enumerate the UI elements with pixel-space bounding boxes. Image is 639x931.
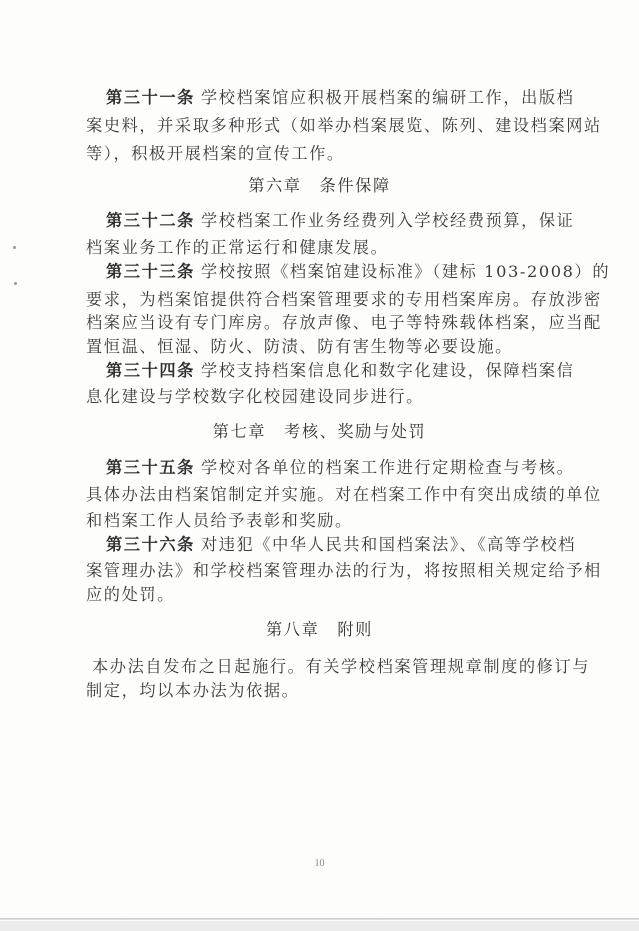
article-34-label: 第三十四条 <box>106 361 195 380</box>
article-35-label: 第三十五条 <box>106 458 195 477</box>
chapter-7-heading: 第七章考核、奖励与处罚 <box>0 422 639 442</box>
supplementary-line-1: 本办法自发布之日起施行。有关学校档案管理规章制度的修订与 <box>92 657 592 677</box>
chapter-6-heading: 第六章条件保障 <box>0 176 639 196</box>
article-36-label: 第三十六条 <box>106 535 195 554</box>
article-31-line-3: 等），积极开展档案的宣传工作。 <box>86 144 586 164</box>
article-34-line-2: 息化建设与学校数字化校园建设同步进行。 <box>86 387 586 407</box>
article-32-line-1: 第三十二条学校档案工作业务经费列入学校经费预算，保证 <box>106 211 606 231</box>
article-33-line-1: 第三十三条学校按照《档案馆建设标准》（建标 103-2008）的 <box>106 262 606 282</box>
article-33-label: 第三十三条 <box>106 262 195 281</box>
article-32-label: 第三十二条 <box>106 211 195 230</box>
article-33-line-4: 置恒温、恒湿、防火、防渍、防有害生物等必要设施。 <box>86 337 586 357</box>
page-number: 10 <box>0 858 639 869</box>
scan-bottom-margin <box>0 921 639 931</box>
chapter-8-heading: 第八章附则 <box>0 620 639 640</box>
article-35-line-2: 具体办法由档案馆制定并实施。对在档案工作中有突出成绩的单位 <box>86 485 586 505</box>
document-page: 第三十一条学校档案馆应积极开展档案的编研工作，出版档 案史料，并采取多种形式（如… <box>0 0 639 931</box>
article-31-label: 第三十一条 <box>106 88 195 107</box>
article-36-line-1: 第三十六条对违犯《中华人民共和国档案法》、《高等学校档 <box>106 535 606 555</box>
article-36-line-2: 案管理办法》和学校档案管理办法的行为，将按照相关规定给予相 <box>86 561 586 581</box>
scan-edge-line <box>0 918 639 920</box>
article-33-line-2: 要求，为档案馆提供符合档案管理要求的专用档案库房。存放涉密 <box>86 290 586 310</box>
article-36-line-3: 应的处罚。 <box>86 585 586 605</box>
article-31-line-2: 案史料，并采取多种形式（如举办档案展览、陈列、建设档案网站 <box>86 116 586 136</box>
article-32-line-2: 档案业务工作的正常运行和健康发展。 <box>86 238 586 258</box>
article-33-line-3: 档案应当设有专门库房。存放声像、电子等特殊载体档案，应当配 <box>86 313 586 333</box>
article-34-line-1: 第三十四条学校支持档案信息化和数字化建设，保障档案信 <box>106 361 606 381</box>
scan-speck <box>14 282 17 285</box>
article-35-line-3: 和档案工作人员给予表彰和奖励。 <box>86 511 586 531</box>
article-31-line-1: 第三十一条学校档案馆应积极开展档案的编研工作，出版档 <box>106 88 606 108</box>
scan-speck <box>13 246 16 249</box>
article-35-line-1: 第三十五条学校对各单位的档案工作进行定期检查与考核。 <box>106 458 606 478</box>
supplementary-line-2: 制定，均以本办法为依据。 <box>86 681 586 701</box>
